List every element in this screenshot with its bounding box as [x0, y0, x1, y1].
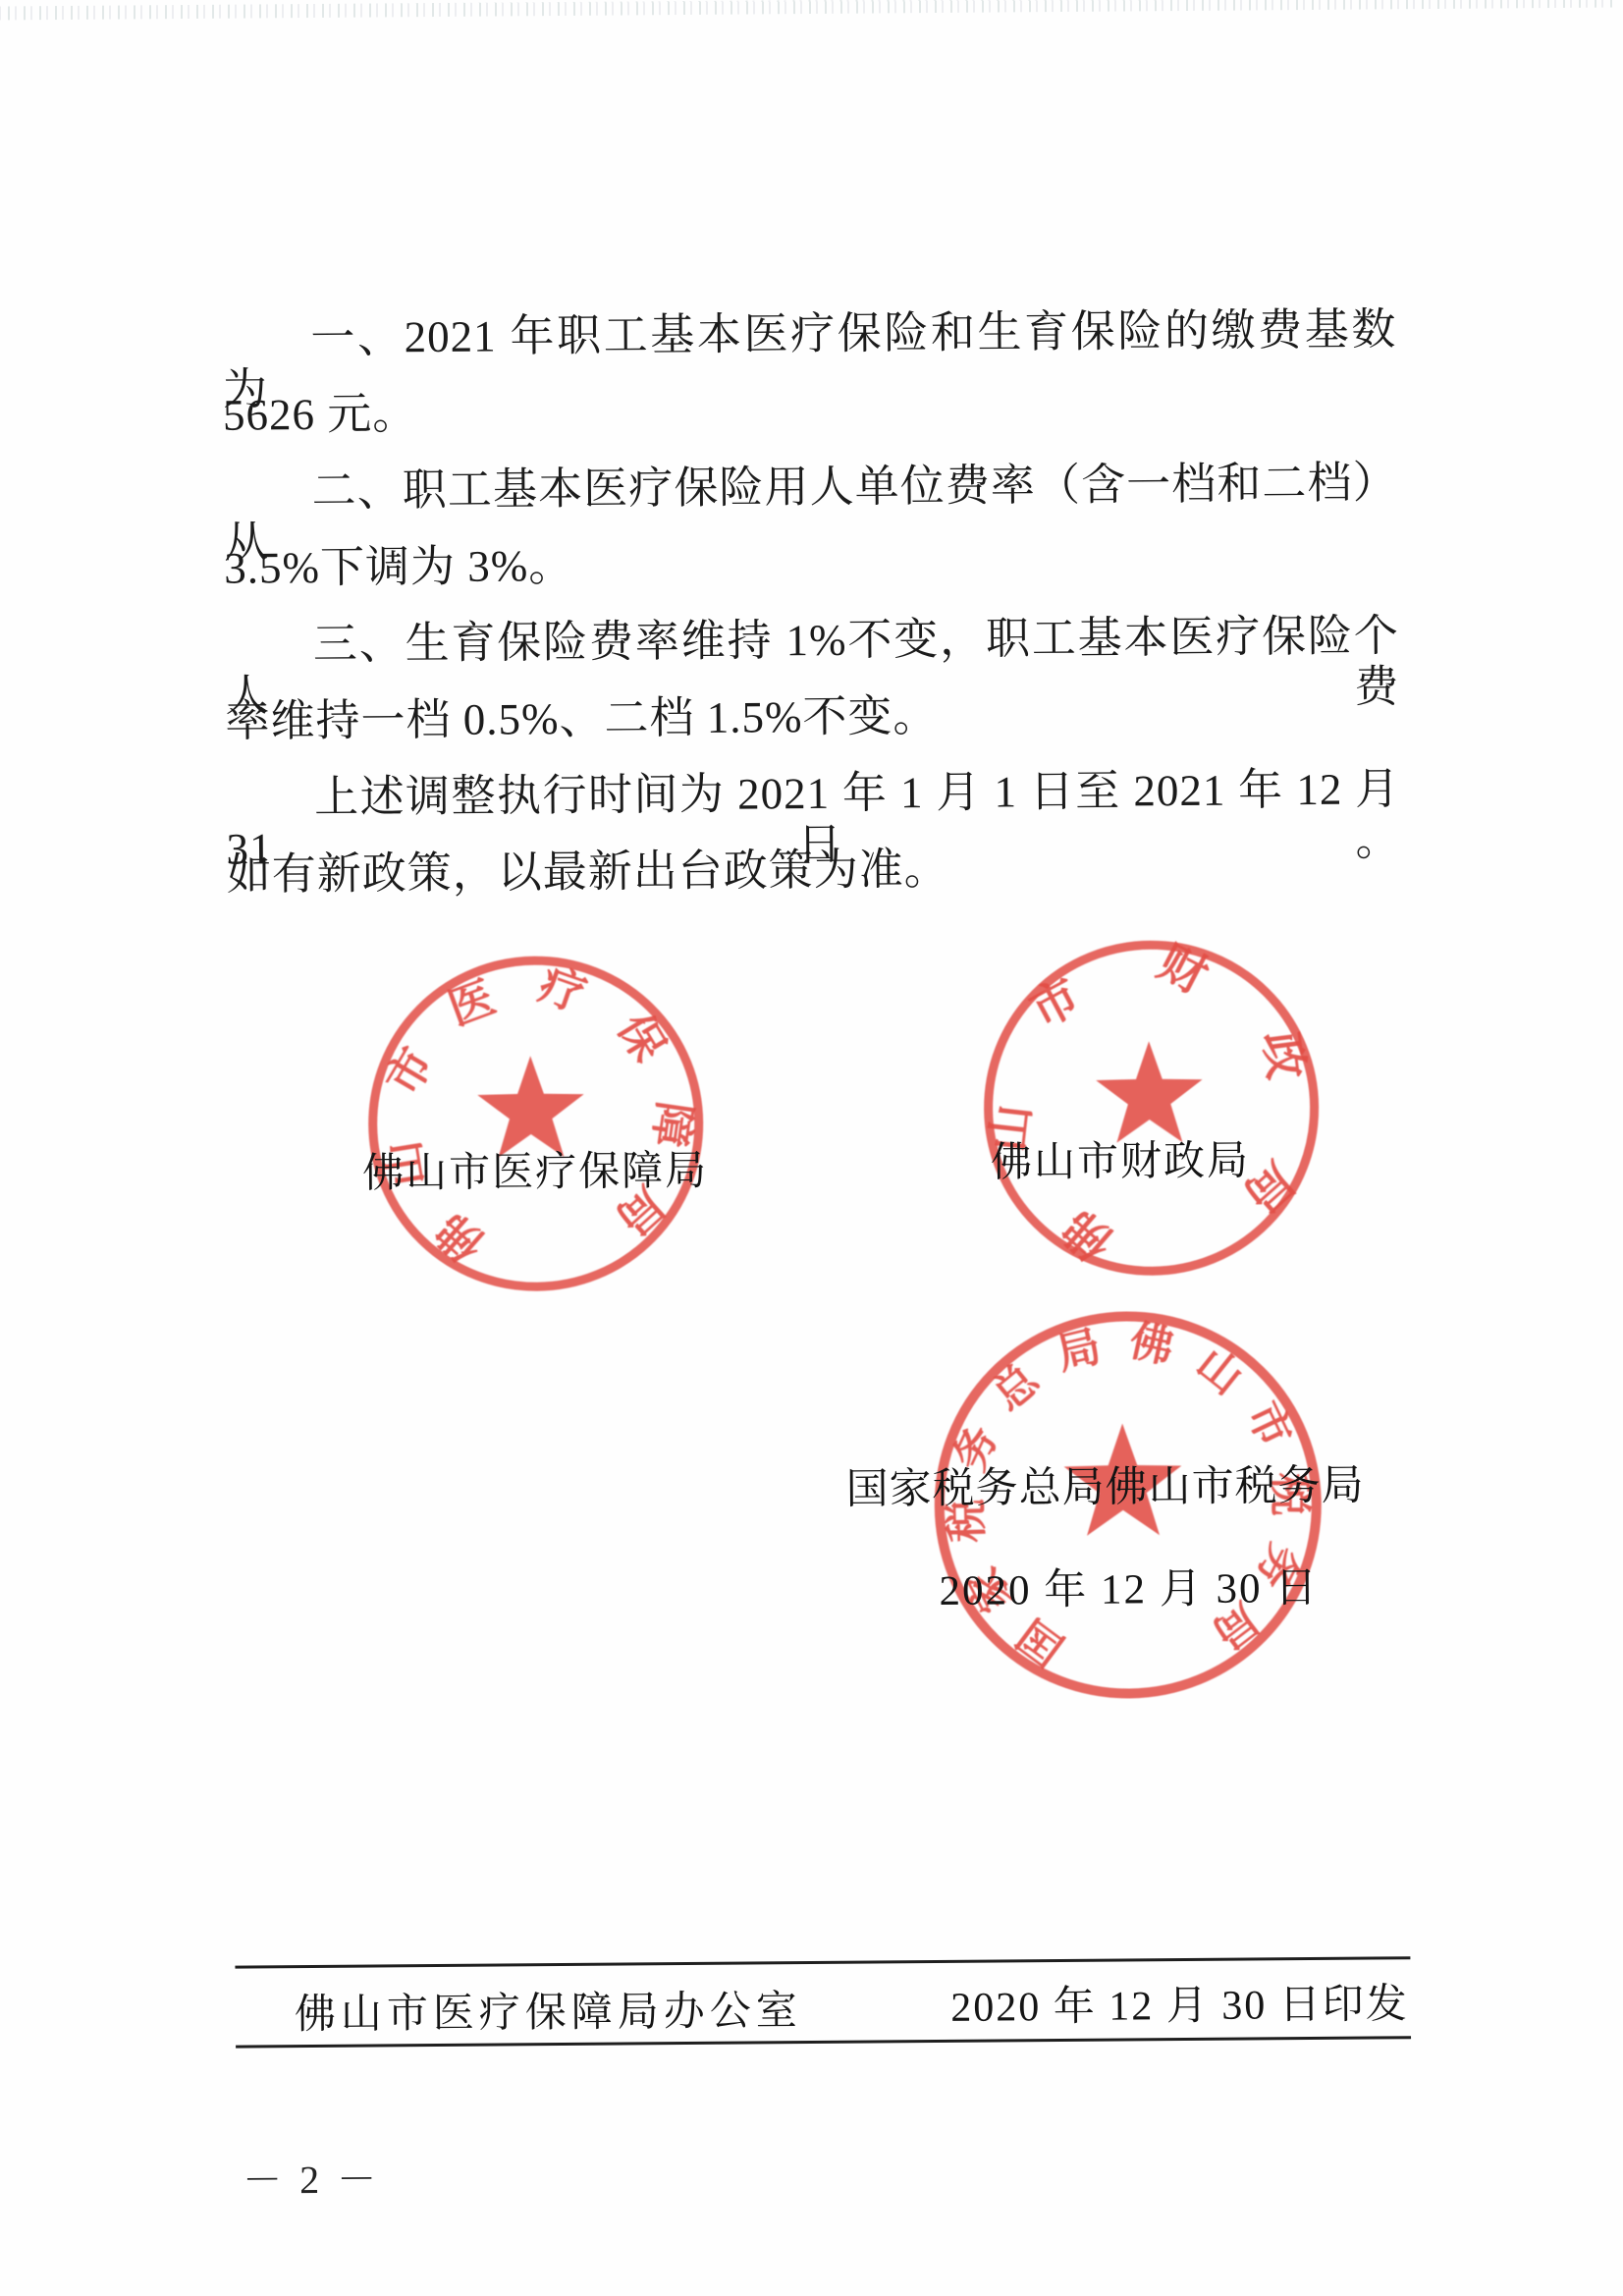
body-line: 上述调整执行时间为 2021 年 1 月 1 日至 2021 年 12 月 31…: [226, 763, 1400, 823]
seal-star-icon: [477, 1056, 584, 1158]
seal-star-icon: [1096, 1041, 1203, 1143]
footer-office: 佛山市医疗保障局办公室: [295, 1978, 802, 2041]
body-line: 3.5%下调为 3%。: [224, 533, 1398, 593]
signature-date: 2020 年 12 月 30 日: [939, 1565, 1319, 1615]
signature-finance-bureau: 佛山市财政局: [991, 1137, 1250, 1186]
signature-medical-bureau: 佛山市医疗保障局: [362, 1148, 708, 1198]
page-number: － 2 －: [243, 2148, 380, 2205]
body-line: 率维持一档 0.5%、二档 1.5%不变。: [225, 686, 1399, 746]
body-line: 一、2021 年职工基本医疗保险和生育保险的缴费基数为: [222, 303, 1396, 363]
body-line: 如有新政策，以最新出台政策为准。: [227, 840, 1401, 900]
scan-noise-strip: [0, 0, 1615, 21]
finance-bureau-seal: 佛山市财政局: [973, 930, 1329, 1286]
footer-rule-top: [235, 1956, 1410, 1968]
body-line: 二、职工基本医疗保险用人单位费率（含一档和二档）从: [223, 457, 1397, 517]
body-line: 5626 元。: [223, 380, 1397, 440]
signature-tax-bureau: 国家税务总局佛山市税务局: [845, 1463, 1364, 1514]
body-line: 三、生育保险费率维持 1%不变，职工基本医疗保险个人费: [225, 610, 1399, 670]
document-page: 一、2021 年职工基本医疗保险和生育保险的缴费基数为 5626 元。 二、职工…: [0, 0, 1623, 2296]
footer-print-date: 2020 年 12 月 30 日印发: [950, 1971, 1409, 2034]
medical-bureau-seal: 佛山市医疗保障局: [357, 946, 714, 1302]
scanned-content: 一、2021 年职工基本医疗保险和生育保险的缴费基数为 5626 元。 二、职工…: [0, 0, 1623, 2296]
